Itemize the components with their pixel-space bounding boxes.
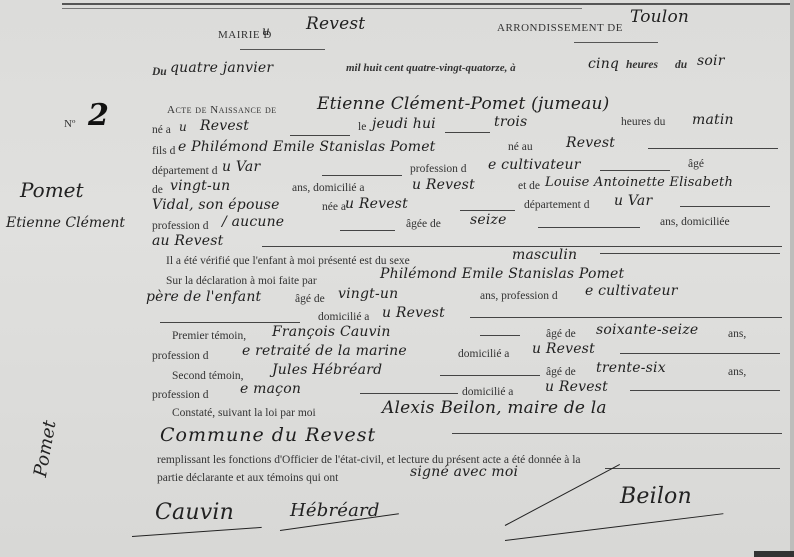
second-witness-age: trente-six bbox=[596, 360, 666, 376]
first-witness-profession-label: profession d bbox=[152, 350, 209, 362]
department-label: département d bbox=[152, 165, 217, 177]
department-value: u Var bbox=[222, 159, 260, 175]
fill-line bbox=[630, 390, 780, 391]
fill-line bbox=[600, 253, 780, 254]
constat-signed: signé avec moi bbox=[410, 464, 518, 480]
fill-line bbox=[440, 375, 540, 376]
fill-line bbox=[445, 132, 490, 133]
fill-line bbox=[620, 353, 780, 354]
date-hour: cinq bbox=[588, 56, 619, 72]
arrondissement-label: ARRONDISSEMENT DE bbox=[497, 22, 623, 34]
second-witness-domicile-label: domicilié a bbox=[462, 386, 513, 398]
second-witness-label: Second témoin, bbox=[172, 370, 244, 382]
first-witness-domicile: u Revest bbox=[532, 341, 595, 357]
father-domicile: u Revest bbox=[412, 177, 475, 193]
constat-officer: Alexis Beilon, maire de la bbox=[382, 398, 607, 418]
mother-born-place: u Revest bbox=[345, 196, 408, 212]
mother-domicile-label: ans, domiciliée bbox=[660, 216, 730, 228]
second-witness-domicile: u Revest bbox=[545, 379, 608, 395]
fill-line bbox=[538, 227, 640, 228]
fill-line bbox=[680, 206, 770, 207]
mairie-value: Revest bbox=[306, 14, 365, 34]
father-born-place: Revest bbox=[566, 135, 615, 151]
second-witness-ans: ans, bbox=[728, 366, 746, 378]
page-edge bbox=[790, 0, 794, 557]
signature-flourish bbox=[505, 513, 723, 541]
date-day-month: quatre janvier bbox=[170, 60, 273, 76]
fill-line bbox=[322, 175, 402, 176]
hour-label: heures du bbox=[621, 116, 665, 128]
declarant-age-label: âgé de bbox=[295, 293, 325, 305]
date-period: soir bbox=[697, 53, 725, 69]
signature-flourish bbox=[132, 527, 262, 537]
fill-line bbox=[648, 148, 778, 149]
mairie-underline bbox=[240, 49, 325, 50]
page-corner-shadow bbox=[754, 551, 794, 557]
declarant-domicile-label: domicilié a bbox=[318, 311, 369, 323]
mother-name-1: Louise Antoinette Elisabeth bbox=[545, 175, 733, 190]
mother-domicile: au Revest bbox=[152, 233, 223, 249]
signature-mayor: Beilon bbox=[620, 484, 692, 509]
second-witness-age-label: âgé de bbox=[546, 366, 576, 378]
day-value: jeudi hui bbox=[372, 116, 436, 132]
fill-line bbox=[605, 468, 780, 469]
fill-line bbox=[340, 230, 395, 231]
hour-value: trois bbox=[494, 114, 527, 130]
father-born-label: né au bbox=[508, 141, 533, 153]
day-label: le bbox=[358, 121, 366, 133]
civil-registry-page: MAIRIE D u Revest ARRONDISSEMENT DE Toul… bbox=[0, 0, 794, 557]
mother-dept-value: u Var bbox=[614, 193, 652, 209]
mother-profession-label: profession d bbox=[152, 220, 209, 232]
period-value: matin bbox=[692, 112, 734, 128]
margin-given-names: Etienne Clément bbox=[6, 215, 125, 231]
margin-surname: Pomet bbox=[20, 178, 84, 202]
date-prefix: Du bbox=[152, 66, 167, 78]
fill-line bbox=[360, 393, 458, 394]
constat-officer-line2: Commune du Revest bbox=[160, 424, 376, 446]
mairie-suffix: u bbox=[262, 24, 270, 38]
fill-line bbox=[600, 170, 670, 171]
mother-born-label: née a bbox=[322, 201, 346, 213]
born-place-prefix: u bbox=[179, 120, 187, 134]
mother-name-2: Vidal, son épouse bbox=[152, 197, 280, 213]
fill-line bbox=[290, 135, 350, 136]
second-witness-profession: e maçon bbox=[240, 381, 301, 397]
margin-signature-pomet: Pomet bbox=[30, 419, 61, 479]
signature-flourish bbox=[505, 464, 620, 526]
first-witness-profession: e retraité de la marine bbox=[242, 343, 407, 359]
profession-label: profession d bbox=[410, 163, 467, 175]
constat-parties: partie déclarante et aux témoins qui ont bbox=[157, 472, 338, 484]
first-witness-label: Premier témoin, bbox=[172, 330, 246, 342]
record-number-label: Nº bbox=[64, 118, 75, 130]
fill-line bbox=[480, 335, 520, 336]
date-year-printed: mil huit cent quatre-vingt-quatorze, à bbox=[346, 62, 516, 74]
mother-dept-label: département d bbox=[524, 199, 589, 211]
date-hour-label: heures bbox=[626, 59, 658, 71]
declarant-profession-label: ans, profession d bbox=[480, 290, 558, 302]
ans-domicile: ans, domicilié a bbox=[292, 182, 365, 194]
first-witness-ans: ans, bbox=[728, 328, 746, 340]
first-witness-domicile-label: domicilié a bbox=[458, 348, 509, 360]
arrondissement-underline bbox=[574, 42, 658, 43]
signature-witness-1: Cauvin bbox=[155, 500, 234, 525]
age-label: âgé bbox=[688, 158, 704, 170]
declarant-age: vingt-un bbox=[338, 286, 398, 302]
first-witness-age: soixante-seize bbox=[596, 322, 698, 338]
sex-value: masculin bbox=[512, 247, 577, 263]
acte-title: Acte de Naissance de bbox=[167, 104, 277, 116]
declarant-relation: père de l'enfant bbox=[146, 289, 261, 305]
top-border-rule-inner bbox=[62, 8, 582, 9]
fill-line bbox=[452, 433, 782, 434]
first-witness-age-label: âgé de bbox=[546, 328, 576, 340]
fill-line bbox=[470, 317, 782, 318]
second-witness-profession-label: profession d bbox=[152, 389, 209, 401]
age-prefix: de bbox=[152, 184, 163, 196]
born-label: né a bbox=[152, 124, 171, 136]
child-name: Etienne Clément-Pomet (jumeau) bbox=[317, 94, 609, 114]
born-place: Revest bbox=[200, 118, 249, 134]
mother-age-label: âgée de bbox=[406, 218, 441, 230]
declaration-label: Sur la déclaration à moi faite par bbox=[166, 275, 317, 287]
fill-line bbox=[460, 210, 515, 211]
declarant-domicile: u Revest bbox=[382, 305, 445, 321]
constat-label: Constaté, suivant la loi par moi bbox=[172, 407, 316, 419]
father-age: vingt-un bbox=[170, 178, 230, 194]
father-name: e Philémond Emile Stanislas Pomet bbox=[178, 139, 436, 155]
sex-statement: Il a été vérifié que l'enfant à moi prés… bbox=[166, 255, 410, 267]
second-witness-name: Jules Hébréard bbox=[272, 362, 382, 378]
mother-age: seize bbox=[470, 212, 507, 228]
mother-profession: / aucune bbox=[222, 214, 284, 230]
and-of-label: et de bbox=[518, 180, 540, 192]
fill-line bbox=[160, 322, 300, 323]
top-border-rule bbox=[62, 3, 794, 5]
son-of-label: fils d bbox=[152, 145, 175, 157]
arrondissement-value: Toulon bbox=[630, 7, 689, 27]
declarant-name: Philémond Emile Stanislas Pomet bbox=[380, 266, 624, 282]
record-number-value: 2 bbox=[88, 98, 109, 133]
declarant-profession: e cultivateur bbox=[585, 283, 678, 299]
first-witness-name: François Cauvin bbox=[272, 324, 391, 340]
date-period-prefix: du bbox=[675, 59, 687, 71]
father-profession: e cultivateur bbox=[488, 157, 581, 173]
